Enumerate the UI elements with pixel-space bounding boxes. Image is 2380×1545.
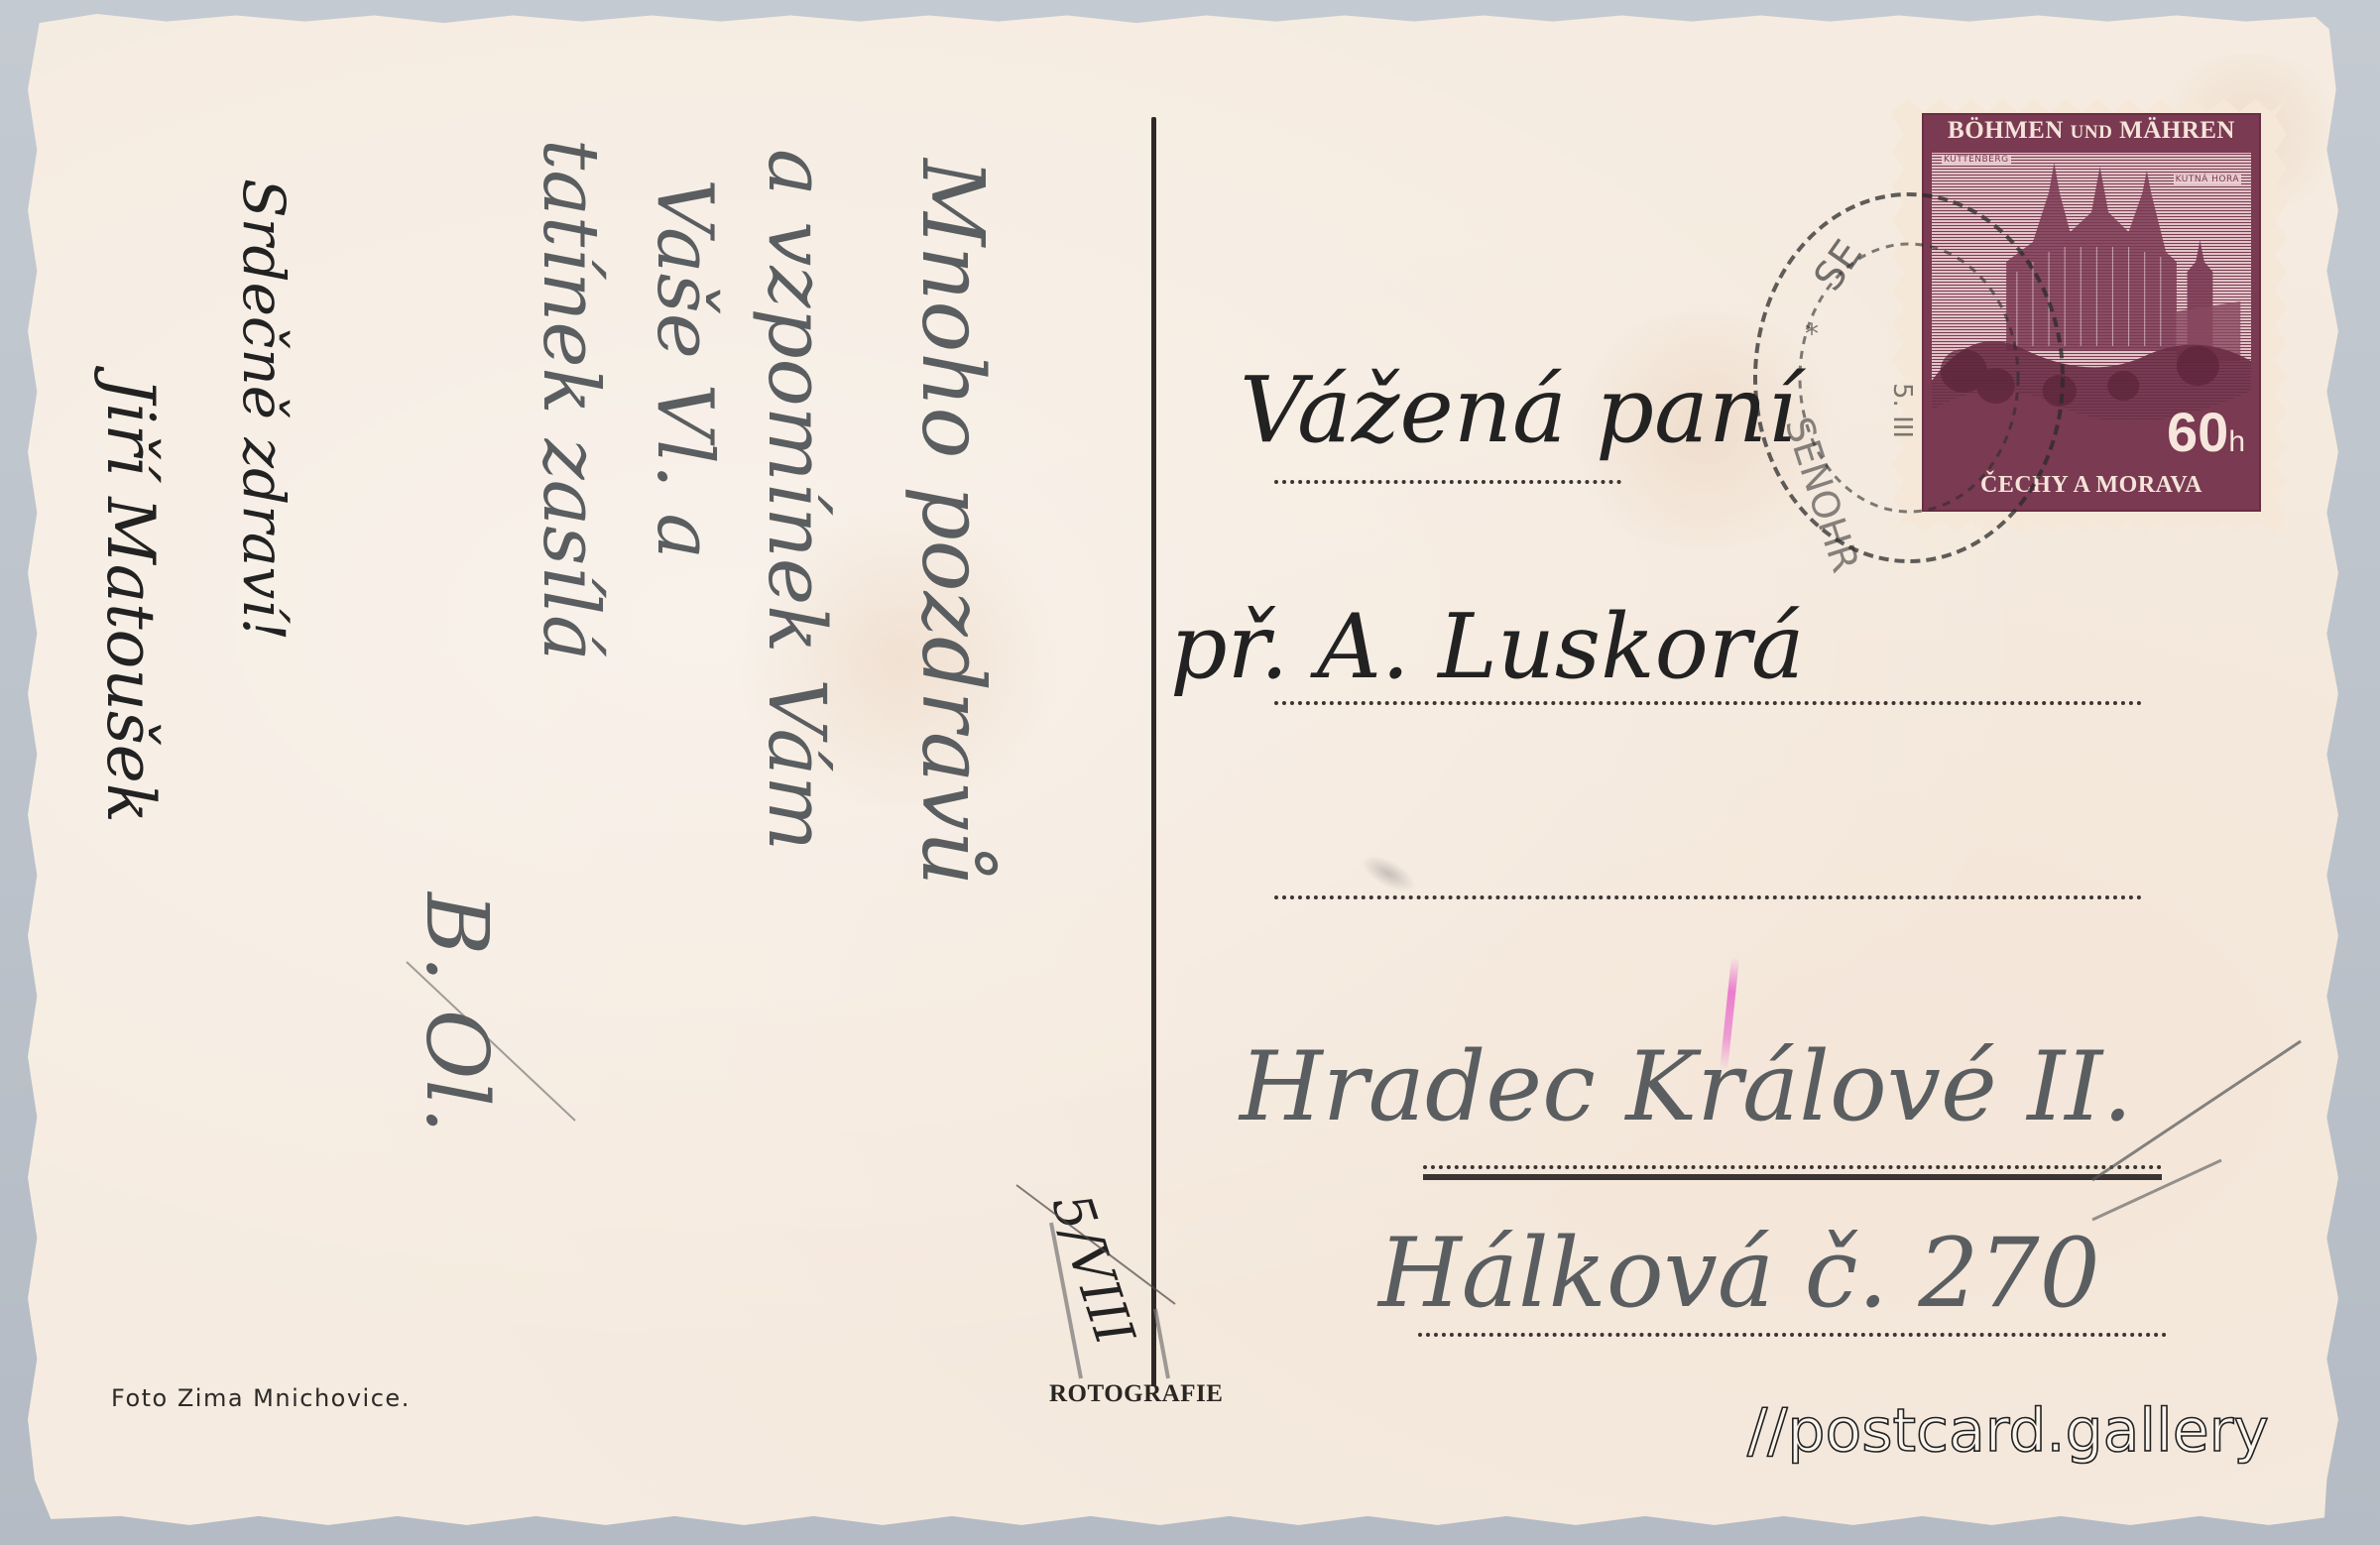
stamp-place-czech: KUTNÁ HORA <box>2174 175 2241 184</box>
stamp-value-unit: h <box>2228 425 2245 458</box>
address-salutation: Vážená paní <box>1240 357 1797 463</box>
stamp-country-moravia: MÄHREN <box>2119 117 2235 144</box>
stamp-country-join: UND <box>2071 122 2113 143</box>
stamp-frame: BÖHMEN UND MÄHREN <box>1922 113 2261 512</box>
message-line-2: a vzpomínek Vám <box>751 149 843 851</box>
message-signature: B. Ol. <box>407 892 506 1133</box>
address-divider-line <box>1151 117 1156 1386</box>
stamp-denomination: 60h <box>2167 400 2245 464</box>
message-line-4: tatínek zasílá <box>526 139 615 661</box>
address-street: Hálková č. 270 <box>1378 1218 2100 1329</box>
margin-note-signature: Jiří Matoušek <box>92 377 169 823</box>
address-dotted-line-1 <box>1274 480 1621 484</box>
margin-note-line-1: Srdečně zdraví! <box>230 178 297 641</box>
stamp-value-number: 60 <box>2167 401 2228 463</box>
publisher-mark: ROTOGRAFIE <box>1049 1380 1223 1408</box>
stamp-place-german: KUTTENBERG <box>1942 155 2011 165</box>
city-underline <box>1423 1174 2162 1180</box>
postage-stamp: BÖHMEN UND MÄHREN <box>1892 99 2287 534</box>
address-dotted-line-5 <box>1418 1333 2167 1337</box>
watermark-text: //postcard.gallery <box>1747 1396 2269 1466</box>
address-dotted-line-2 <box>1274 701 2142 705</box>
stamp-country-top: BÖHMEN UND MÄHREN <box>1924 117 2259 151</box>
stamp-country-bottom: ČECHY A MORAVA <box>1924 472 2259 506</box>
stamp-country-bohemia: BÖHMEN <box>1948 117 2064 144</box>
address-recipient: př. A. Luskorá <box>1170 595 1805 699</box>
message-line-3: Vaše Vl. a <box>640 178 729 559</box>
message-line-1: Mnoho pozdravů <box>902 159 1002 886</box>
photo-credit: Foto Zima Mnichovice. <box>111 1384 411 1412</box>
address-city: Hradec Králové II. <box>1240 1031 2133 1142</box>
address-dotted-line-4 <box>1423 1165 2162 1169</box>
